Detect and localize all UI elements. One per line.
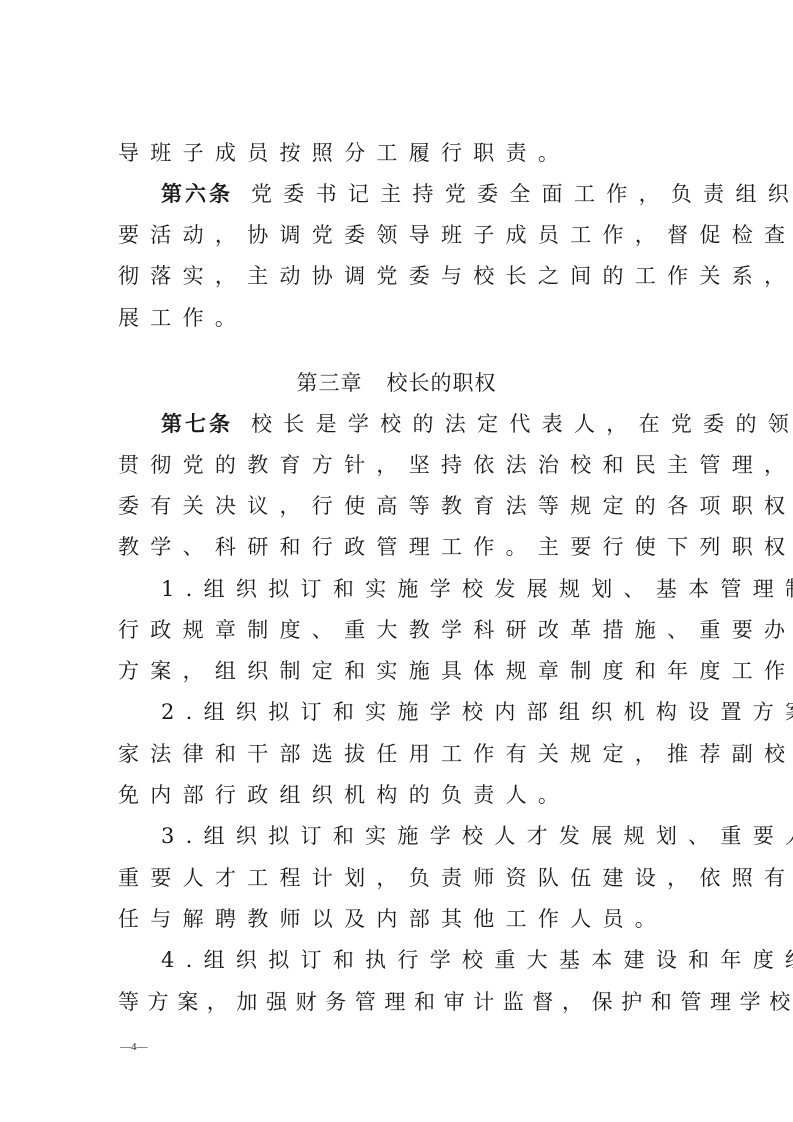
page-number: —4—: [120, 1041, 148, 1053]
text-line: 展工作。: [118, 303, 678, 333]
chapter-heading: 第三章校长的职权: [0, 368, 793, 398]
article-text: 党委书记主持党委全面工作，负责组织党委重: [251, 182, 793, 206]
text-line: 重要人才工程计划，负责师资队伍建设，依照有关规定，聘: [118, 863, 678, 893]
chapter-number: 第三章: [297, 371, 363, 395]
text-line: 要活动，协调党委领导班子成员工作，督促检查党委决议贯: [118, 220, 678, 250]
text-line: 委有关决议，行使高等教育法等规定的各项职权，全面负责: [118, 491, 678, 521]
text-line: 任与解聘教师以及内部其他工作人员。: [118, 904, 678, 934]
text-line: 家法律和干部选拔任用工作有关规定，推荐副校长人选，任: [118, 739, 678, 769]
text-line: 行政规章制度、重大教学科研改革措施、重要办学资源配置: [118, 615, 678, 645]
text-line: 免内部行政组织机构的负责人。: [118, 780, 678, 810]
article-line: 第六条 党委书记主持党委全面工作，负责组织党委重: [161, 179, 721, 209]
article-line: 第七条 校长是学校的法定代表人，在党委的领导下，: [161, 409, 721, 439]
text-line: 方案，组织制定和实施具体规章制度和年度工作计划。: [118, 656, 678, 686]
text-line: 贯彻党的教育方针，坚持依法治校和民主管理，组织实施党: [118, 450, 678, 480]
text-line: 教学、科研和行政管理工作。主要行使下列职权:: [118, 532, 678, 562]
document-page: 导班子成员按照分工履行职责。 第六条 党委书记主持党委全面工作，负责组织党委重 …: [0, 0, 793, 1122]
list-item-3: 3.组织拟订和实施学校人才发展规划、重要人才政策和: [161, 821, 721, 851]
list-item-2: 2.组织拟订和实施学校内部组织机构设置方案，按照国: [161, 697, 721, 727]
article-text: 校长是学校的法定代表人，在党委的领导下，: [251, 412, 793, 436]
article-heading: 第七条: [161, 412, 233, 436]
article-heading: 第六条: [161, 182, 233, 206]
chapter-title: 校长的职权: [387, 371, 497, 395]
text-line: 等方案，加强财务管理和审计监督，保护和管理学校的土地、: [118, 987, 678, 1017]
list-item-1: 1.组织拟订和实施学校发展规划、基本管理制度、重要: [161, 574, 721, 604]
text-line: 彻落实，主动协调党委与校长之间的工作关系，支持校长开: [118, 261, 678, 291]
text-line: 导班子成员按照分工履行职责。: [118, 138, 678, 168]
list-item-4: 4.组织拟订和执行学校重大基本建设和年度经费预算: [161, 945, 721, 975]
